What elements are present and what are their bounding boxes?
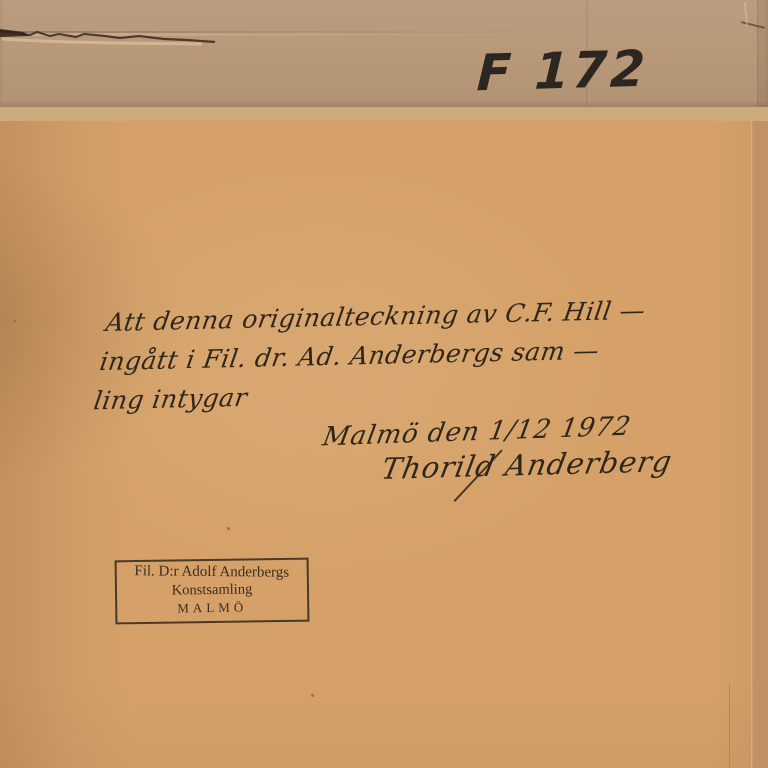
paper-speck	[14, 320, 16, 322]
paper-seam-band	[0, 107, 768, 121]
inventory-number: F 172	[476, 40, 649, 103]
collector-stamp: Fil. D:r Adolf Anderbergs Konstsamling M…	[115, 558, 310, 625]
cardboard-right-edge	[757, 0, 768, 107]
artwork-verso-photo: F 172 Att denna originalteckning av C.F.…	[0, 0, 768, 768]
paper-bottom-crease	[729, 683, 730, 768]
certification-inscription: Att denna originalteckning av C.F. Hill …	[91, 291, 648, 421]
paper-speck	[311, 694, 314, 697]
stamp-line-collection: Konstsamling	[117, 581, 307, 601]
stamp-line-owner: Fil. D:r Adolf Anderbergs	[117, 563, 307, 582]
stamp-line-city: MALMÖ	[117, 599, 307, 618]
tear-mark	[0, 22, 230, 48]
paper-right-edge	[751, 121, 768, 768]
paper-speck	[227, 527, 230, 530]
cardboard-strip	[0, 0, 768, 107]
